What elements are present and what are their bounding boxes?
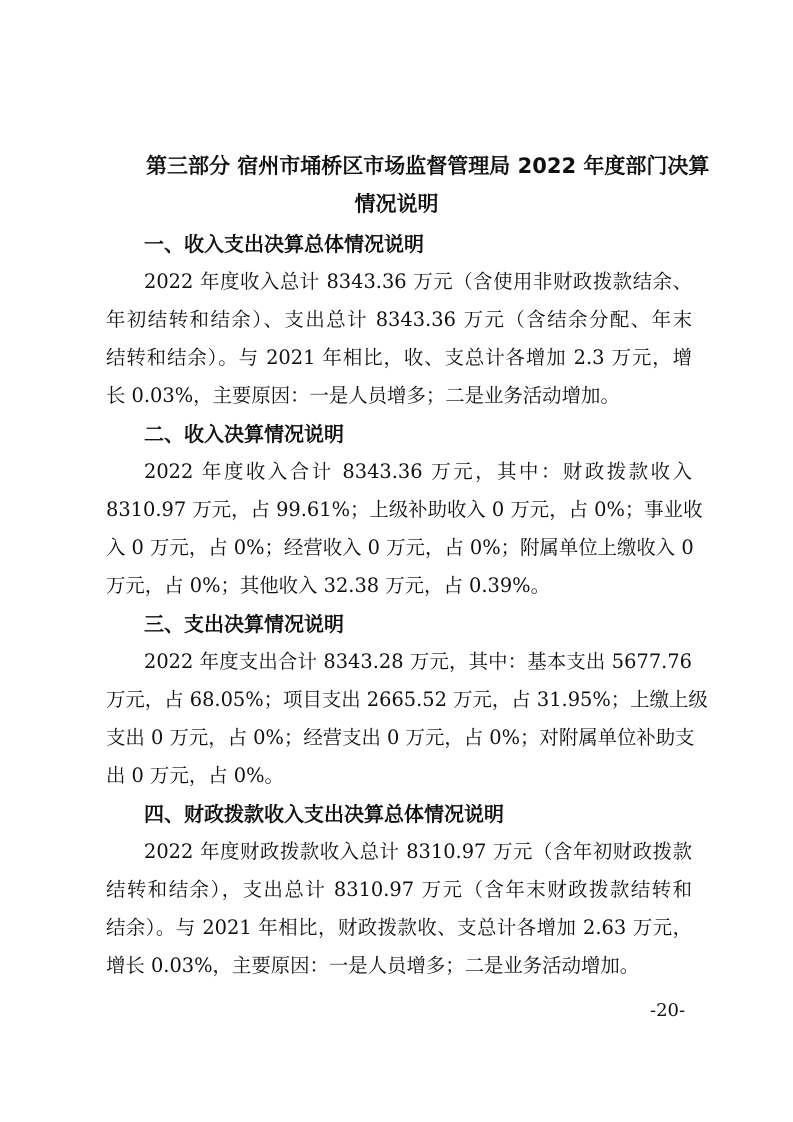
- paragraph-line: 8310.97 万元，占 99.61%；上级补助收入 0 万元，占 0%；事业收: [106, 494, 692, 522]
- document-title-continued: 情况说明: [0, 188, 793, 218]
- section-heading-fiscal-appropriation: 四、财政拨款收入支出决算总体情况说明: [144, 798, 504, 827]
- paragraph-line: 年初结转和结余）、支出总计 8343.36 万元（含结余分配、年末: [106, 304, 692, 332]
- paragraph-line: 长 0.03%，主要原因：一是人员增多；二是业务活动增加。: [106, 380, 692, 408]
- paragraph-line: 2022 年度财政拨款收入总计 8310.97 万元（含年初财政拨款: [144, 836, 692, 864]
- paragraph-line: 结转和结余）。与 2021 年相比，收、支总计各增加 2.3 万元，增: [106, 342, 692, 370]
- paragraph-line: 万元，占 0%；其他收入 32.38 万元，占 0.39%。: [106, 570, 692, 598]
- paragraph-line: 增长 0.03%，主要原因：一是人员增多；二是业务活动增加。: [106, 950, 692, 978]
- page-number: -20-: [650, 1000, 685, 1021]
- paragraph-line: 2022 年度收入总计 8343.36 万元（含使用非财政拨款结余、: [144, 266, 692, 294]
- section-heading-expenditure: 三、支出决算情况说明: [144, 608, 344, 637]
- paragraph-line: 支出 0 万元，占 0%；经营支出 0 万元，占 0%；对附属单位补助支: [106, 722, 692, 750]
- paragraph-line: 入 0 万元，占 0%；经营收入 0 万元，占 0%；附属单位上缴收入 0: [106, 532, 692, 560]
- paragraph-line: 万元，占 68.05%；项目支出 2665.52 万元，占 31.95%；上缴上…: [106, 684, 692, 712]
- paragraph-line: 2022 年度收入合计 8343.36 万元，其中：财政拨款收入: [144, 456, 692, 484]
- document-page: 第三部分 宿州市埇桥区市场监督管理局 2022 年度部门决算 情况说明 一、收入…: [0, 0, 793, 1122]
- paragraph-line: 2022 年度支出合计 8343.28 万元，其中：基本支出 5677.76: [144, 646, 692, 674]
- document-title: 第三部分 宿州市埇桥区市场监督管理局 2022 年度部门决算: [146, 150, 736, 180]
- paragraph-line: 结余）。与 2021 年相比，财政拨款收、支总计各增加 2.63 万元，: [106, 912, 692, 940]
- section-heading-overview: 一、收入支出决算总体情况说明: [144, 228, 424, 257]
- section-heading-income: 二、收入决算情况说明: [144, 418, 344, 447]
- paragraph-line: 结转和结余），支出总计 8310.97 万元（含年末财政拨款结转和: [106, 874, 692, 902]
- paragraph-line: 出 0 万元，占 0%。: [106, 760, 692, 788]
